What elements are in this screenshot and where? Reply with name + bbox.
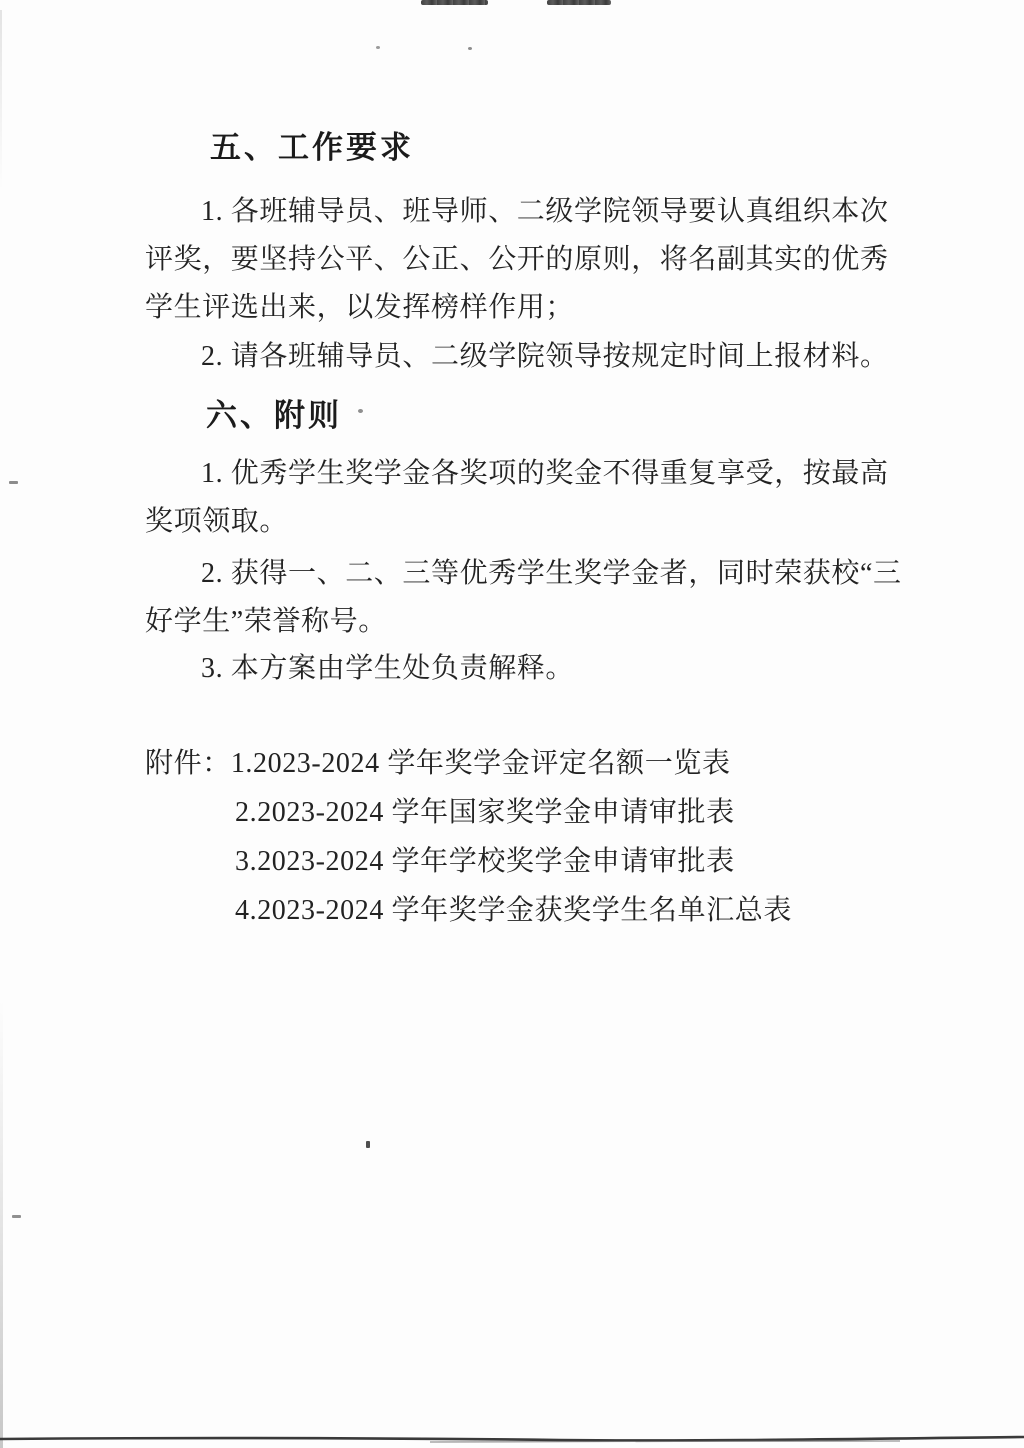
scan-speck <box>376 46 380 49</box>
paragraph: 2. 请各班辅导员、二级学院领导按规定时间上报材料。 <box>145 333 890 381</box>
attachments-label: 附件： <box>145 739 231 788</box>
attachment-item: 2.2023-2024 学年国家奖学金申请审批表 <box>235 788 905 837</box>
attachment-line: 附件： 1.2023-2024 学年奖学金评定名额一览表 <box>145 739 905 788</box>
attachments-block: 附件： 1.2023-2024 学年奖学金评定名额一览表 2.2023-2024… <box>145 739 905 935</box>
scanned-document-page: 五、工作要求 1. 各班辅导员、班导师、二级学院领导要认真组织本次 评奖，要坚持… <box>0 0 1024 1448</box>
text-line: 奖项领取。 <box>145 498 890 546</box>
section-heading-5: 五、工作要求 <box>210 128 414 168</box>
text-line: 2. 获得一、二、三等优秀学生奖学金者，同时荣获校“三 <box>145 550 890 598</box>
attachment-item: 3.2023-2024 学年学校奖学金申请审批表 <box>235 837 905 886</box>
scan-speck <box>358 409 363 413</box>
attachment-item: 4.2023-2024 学年奖学金获奖学生名单汇总表 <box>235 886 905 935</box>
scan-edge-streak <box>0 1000 3 1448</box>
scan-speck <box>468 47 472 50</box>
scan-speck <box>12 1215 21 1218</box>
text-line: 评奖，要坚持公平、公正、公开的原则，将名副其实的优秀 <box>145 236 890 284</box>
scan-speck <box>366 1141 370 1148</box>
scan-speck <box>9 481 18 484</box>
paragraph: 2. 获得一、二、三等优秀学生奖学金者，同时荣获校“三 好学生”荣誉称号。 <box>145 550 890 646</box>
text-line: 好学生”荣誉称号。 <box>145 598 890 646</box>
scan-edge-streak <box>0 10 2 190</box>
paragraph: 3. 本方案由学生处负责解释。 <box>145 645 890 693</box>
paragraph: 1. 优秀学生奖学金各奖项的奖金不得重复享受，按最高 奖项领取。 <box>145 450 890 546</box>
scan-smudge-top-right <box>547 0 611 5</box>
scan-bottom-edge-line <box>0 1430 1024 1446</box>
attachment-item: 1.2023-2024 学年奖学金评定名额一览表 <box>231 739 731 788</box>
scan-smudge-top-left <box>421 0 488 5</box>
section-heading-6: 六、附则 <box>206 396 342 436</box>
text-line: 学生评选出来，以发挥榜样作用； <box>145 284 890 332</box>
text-line: 2. 请各班辅导员、二级学院领导按规定时间上报材料。 <box>145 333 890 381</box>
paragraph: 1. 各班辅导员、班导师、二级学院领导要认真组织本次 评奖，要坚持公平、公正、公… <box>145 188 890 332</box>
text-line: 3. 本方案由学生处负责解释。 <box>145 645 890 693</box>
text-line: 1. 各班辅导员、班导师、二级学院领导要认真组织本次 <box>145 188 890 236</box>
text-line: 1. 优秀学生奖学金各奖项的奖金不得重复享受，按最高 <box>145 450 890 498</box>
